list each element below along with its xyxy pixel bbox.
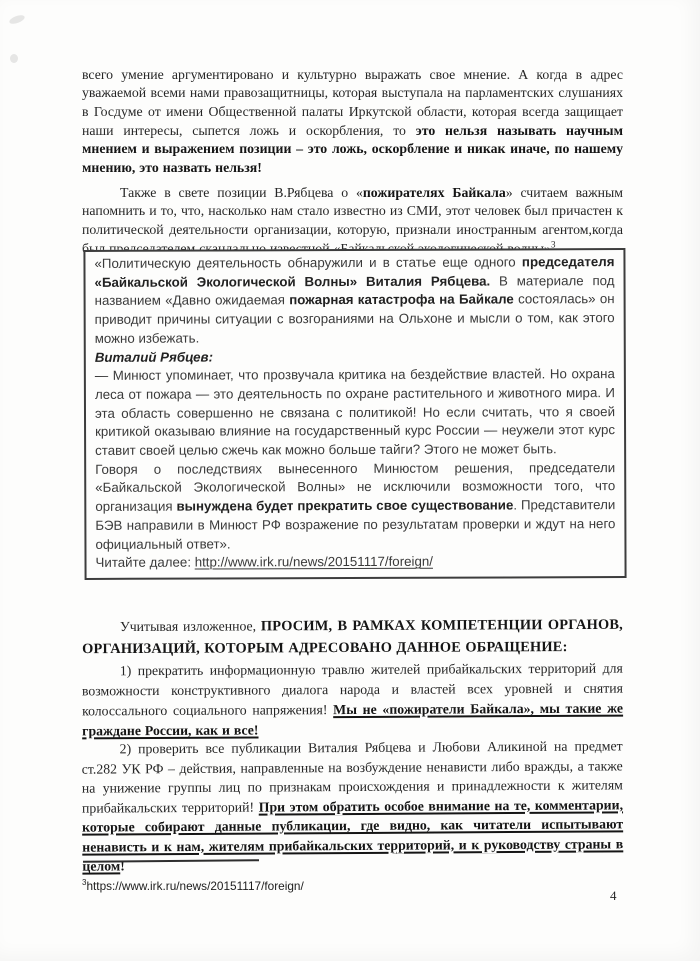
footnote-url: https://www.irk.ru/news/20151117/foreign… [86,879,303,893]
footnote: 3https://www.irk.ru/news/20151117/foreig… [82,878,482,893]
quote-speaker-name: Виталий Рябцев: [95,347,615,368]
read-more-label: Читайте далее: [95,555,194,570]
paragraph-ryabtsev: Также в свете позиции В.Рябцева о «пожир… [82,184,623,258]
read-more-line: Читайте далее: http://www.irk.ru/news/20… [95,552,615,573]
request-item-2: 2) проверить все публикации Виталия Рябц… [82,736,624,876]
scan-smudge [8,13,25,25]
quote-intro-text-1: «Политическую деятельность обнаружили и … [94,254,521,270]
request-heading: Учитывая изложенное, ПРОСИМ, В РАМКАХ КО… [82,614,623,660]
scan-smudge [10,54,18,63]
paragraph-opening: всего умение аргументировано и культурно… [82,66,623,178]
request-heading-lead: Учитывая изложенное, [120,618,261,634]
scanned-document-page: всего умение аргументировано и культурно… [0,0,700,961]
request-item-1: 1) прекратить информационную травлю жите… [82,658,623,741]
quote-intro-bold-2: пожарная катастрофа на Байкале [289,292,514,308]
page-number: 4 [610,888,617,904]
quote-speech-paragraph: — Минюст упоминает, что прозвучала крити… [95,365,615,460]
read-more-link[interactable]: http://www.irk.ru/news/20151117/foreign/ [195,554,433,570]
quote-paragraph-outro: Говоря о последствиях вынесенного Минюст… [95,459,615,554]
paragraph-ryabtsev-text-1: Также в свете позиции В.Рябцева о « [120,185,363,200]
quote-box: «Политическую деятельность обнаружили и … [83,248,626,580]
paragraph-ryabtsev-bold-text: пожирателях Байкала [363,185,506,200]
quote-outro-bold: вынуждена будет прекратить свое существо… [176,498,513,514]
quote-paragraph-intro: «Политическую деятельность обнаружили и … [94,253,614,348]
